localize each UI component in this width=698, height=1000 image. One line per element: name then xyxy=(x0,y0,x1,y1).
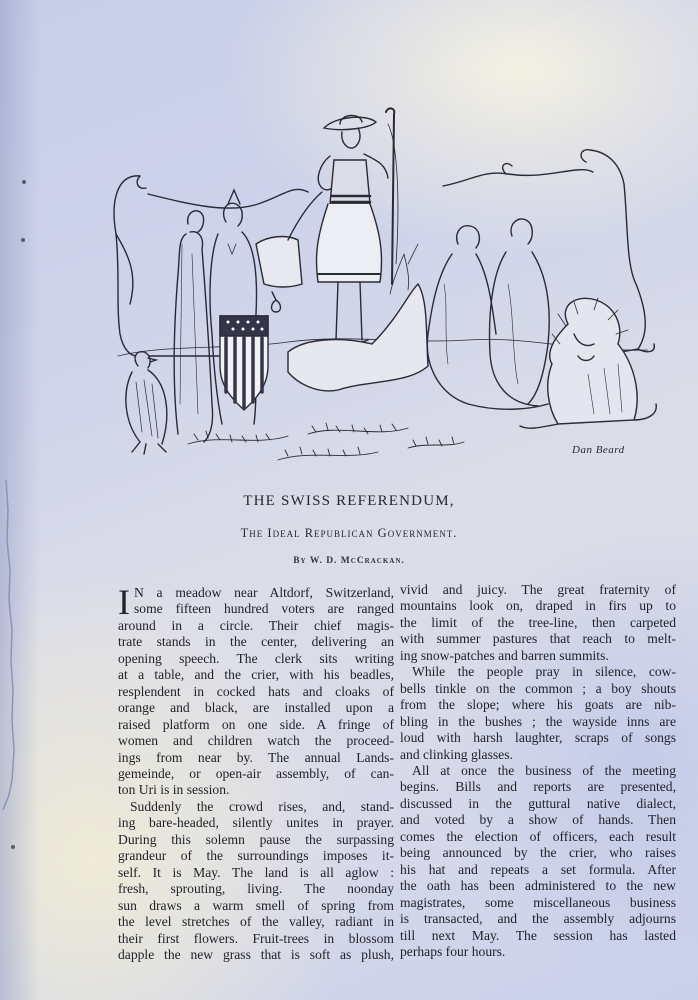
text-line: discussed in the guttural native dialect… xyxy=(400,796,676,812)
text-line: mountains look on, draped in firs up to xyxy=(400,598,676,614)
text-line: is transacted, and the assembly adjourns xyxy=(400,911,676,927)
text-line: During this solemn pause the surpassing xyxy=(118,832,394,848)
text-column-right: vivid and juicy. The great fraternity of… xyxy=(400,582,676,960)
text-line: ings from near by. The annual Lands- xyxy=(118,750,394,766)
text-line: being announced by the crier, who raises xyxy=(400,845,676,861)
article-subtitle: The Ideal Republican Government. xyxy=(0,526,698,541)
text-line: dapple the new grass that is soft as plu… xyxy=(118,947,394,963)
text-line: resplendent in cocked hats and cloaks of xyxy=(118,684,394,700)
text-line: the oath has been administered to the ne… xyxy=(400,878,676,894)
binding-hole xyxy=(21,238,25,242)
text-line: women and children watch the proceed- xyxy=(118,733,394,749)
text-line: magistrates, some miscellaneous business xyxy=(400,895,676,911)
illustration-drawing xyxy=(108,104,660,476)
binding-hole xyxy=(11,845,15,849)
text-line: bling in the bushes ; the wayside inns a… xyxy=(400,714,676,730)
text-line: gemeinde, or open-air assembly, of can- xyxy=(118,766,394,782)
text-line: trate stands in the center, delivering a… xyxy=(118,634,394,650)
text-line: some fifteen hundred voters are ranged xyxy=(118,601,394,617)
text-line: with summer pastures that reach to melt- xyxy=(400,631,676,647)
text-line: All at once the business of the meeting xyxy=(400,763,676,779)
text-line: Suddenly the crowd rises, and, stand- xyxy=(118,799,394,815)
allegorical-illustration xyxy=(108,104,660,476)
text-line: grandeur of the surroundings imposes it- xyxy=(118,848,394,864)
text-line: around in a circle. Their chief magis- xyxy=(118,618,394,634)
artist-signature: Dan Beard xyxy=(572,444,625,456)
drop-cap: I xyxy=(118,587,130,617)
text-line: begins. Bills and reports are presented, xyxy=(400,779,676,795)
text-line: perhaps four hours. xyxy=(400,944,676,960)
text-line: and voted by a show of hands. Then xyxy=(400,812,676,828)
text-line: his hat and repeats a set formula. After xyxy=(400,862,676,878)
article-byline: By W. D. McCrackan. xyxy=(0,556,698,566)
text-line: at a table, and the crier, with his bead… xyxy=(118,667,394,683)
text-line: ing bare-headed, silently unites in pray… xyxy=(118,815,394,831)
text-line: the level stretches of the valley, radia… xyxy=(118,914,394,930)
text-line: bells tinkle on the common ; a boy shout… xyxy=(400,681,676,697)
text-line: While the people pray in silence, cow- xyxy=(400,664,676,680)
text-line: self. It is May. The land is all aglow : xyxy=(118,865,394,881)
text-line: the limit of the tree-line, then carpete… xyxy=(400,615,676,631)
text-line: from the slope; where his goats are nib- xyxy=(400,697,676,713)
text-line: their first flowers. Fruit-trees in blos… xyxy=(118,931,394,947)
binding-hole xyxy=(22,180,26,184)
text-line: N a meadow near Altdorf, Switzerland, xyxy=(118,585,394,601)
text-line: sun draws a warm smell of spring from xyxy=(118,898,394,914)
text-line: ing snow-patches and barren summits. xyxy=(400,648,676,664)
text-line: vivid and juicy. The great fraternity of xyxy=(400,582,676,598)
article-title: THE SWISS REFERENDUM, xyxy=(0,493,698,510)
text-line: loud with harsh laughter, scraps of song… xyxy=(400,730,676,746)
text-column-left: I N a meadow near Altdorf, Switzerland, … xyxy=(118,585,394,963)
text-line: orange and black, are installed upon a xyxy=(118,700,394,716)
text-line: till next May. The session has lasted xyxy=(400,928,676,944)
text-line: opening speech. The clerk sits writing xyxy=(118,651,394,667)
text-line: and clinking glasses. xyxy=(400,747,676,763)
text-line: raised platform on one side. A fringe of xyxy=(118,717,394,733)
text-line: comes the election of officers, each res… xyxy=(400,829,676,845)
text-line: ton Uri is in session. xyxy=(118,782,394,798)
text-line: fresh, sprouting, living. The noonday xyxy=(118,881,394,897)
